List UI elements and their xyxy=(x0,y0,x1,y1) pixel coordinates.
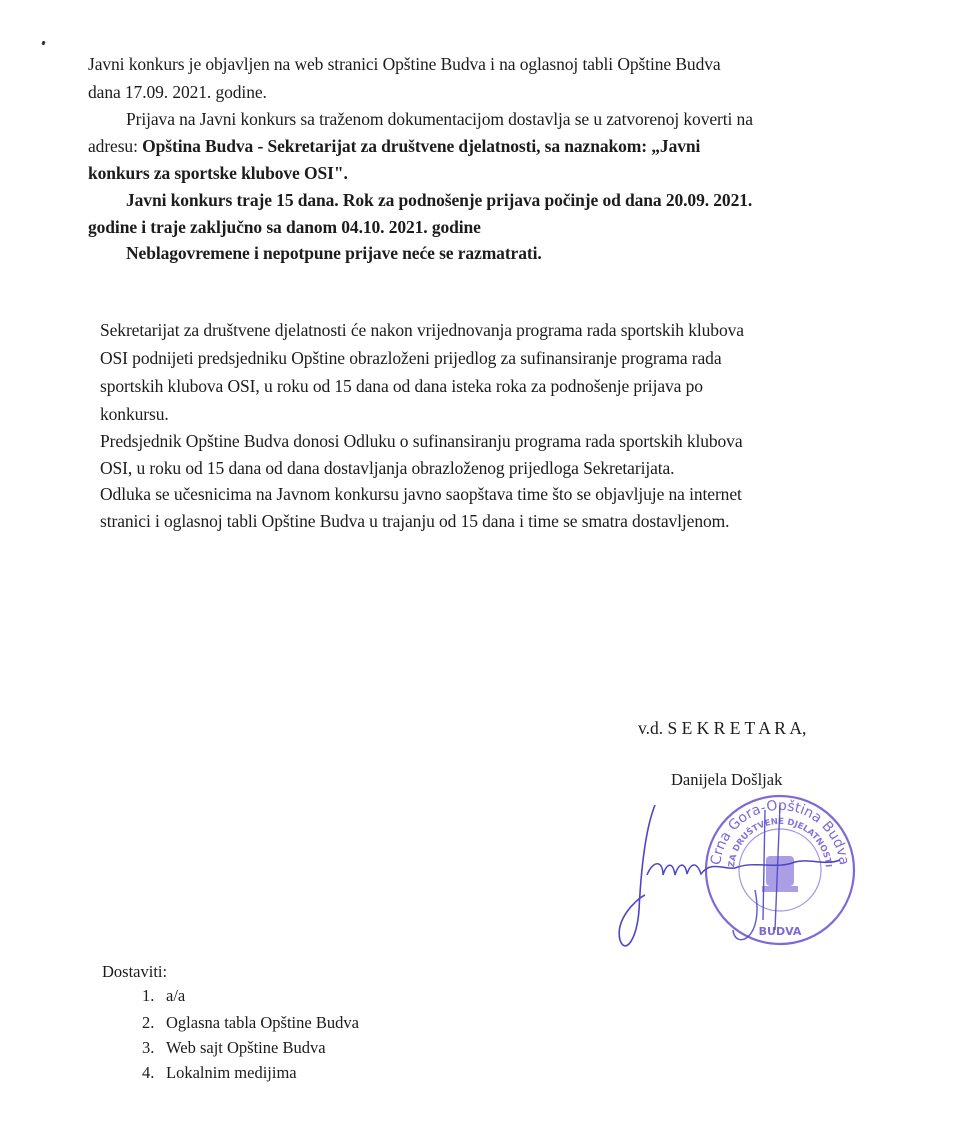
p7-line1: Odluka se učesnicima na Javnom konkursu … xyxy=(100,486,742,504)
distribution-list: Dostaviti: 1.a/a 2.Oglasna tabla Opštine… xyxy=(102,964,167,981)
p1-line1: Javni konkurs je objavljen na web strani… xyxy=(88,56,842,74)
scan-speck xyxy=(41,41,45,46)
document-page: Javni konkurs je objavljen na web strani… xyxy=(0,0,960,1141)
p2-line1: Prijava na Javni konkurs sa traženom dok… xyxy=(126,111,753,129)
p4-line1: Neblagovremene i nepotpune prijave neće … xyxy=(126,245,542,263)
p5-line2: OSI podnijeti predsjedniku Opštine obraz… xyxy=(100,350,722,368)
signatory-name: Danijela Došljak xyxy=(671,772,782,789)
distribution-item: 2.Oglasna tabla Opštine Budva xyxy=(142,1015,359,1032)
p6-line2: OSI, u roku od 15 dana od dana dostavlja… xyxy=(100,460,674,478)
p2-line2-bold: Opština Budva - Sekretarijat za društven… xyxy=(142,136,700,156)
signatory-title: v.d. S E K R E T A R A, xyxy=(638,720,806,738)
p5-line1: Sekretarijat za društvene djelatnosti će… xyxy=(100,322,744,340)
p1-line2: dana 17.09. 2021. godine. xyxy=(88,84,267,102)
p5-line3: sportskih klubova OSI, u roku od 15 dana… xyxy=(100,378,703,396)
distribution-item: 3.Web sajt Opštine Budva xyxy=(142,1040,326,1057)
p2-line2-prefix: adresu: xyxy=(88,136,142,156)
p3-line1: Javni konkurs traje 15 dana. Rok za podn… xyxy=(126,192,752,210)
p7-line2: stranici i oglasnoj tabli Opštine Budva … xyxy=(100,513,729,531)
p3-line2: godine i traje zaključno sa danom 04.10.… xyxy=(88,219,481,237)
distribution-item: 1.a/a xyxy=(142,988,185,1005)
p6-line1: Predsjednik Opštine Budva donosi Odluku … xyxy=(100,433,743,451)
p2-line3: konkurs za sportske klubove OSI". xyxy=(88,165,348,183)
handwritten-signature-icon xyxy=(615,800,845,960)
p5-line4: konkursu. xyxy=(100,406,169,424)
distribution-heading: Dostaviti: xyxy=(102,964,167,981)
p2-line2: adresu: Opština Budva - Sekretarijat za … xyxy=(88,138,700,156)
distribution-item: 4.Lokalnim medijima xyxy=(142,1065,297,1082)
